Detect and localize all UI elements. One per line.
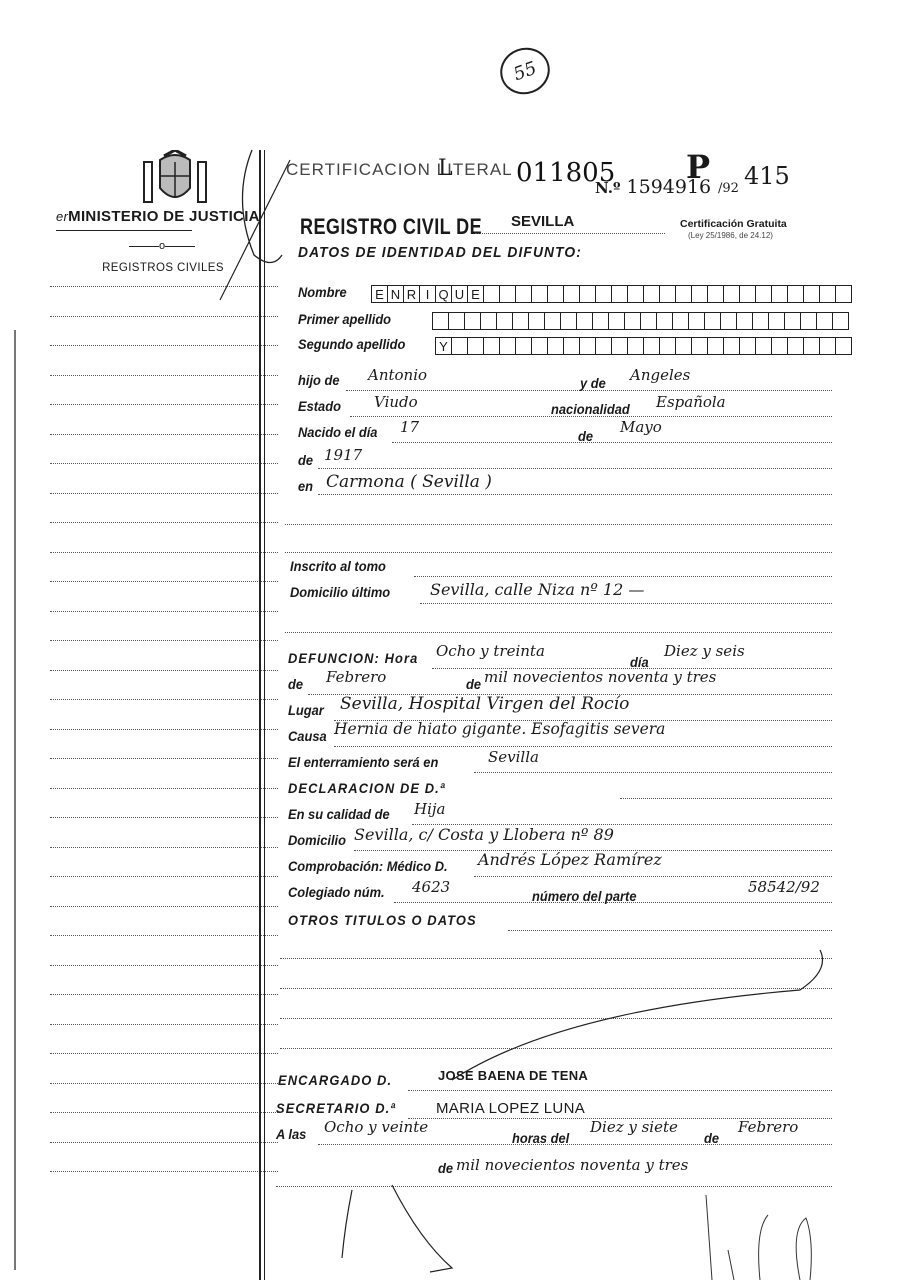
signature-strokes [0,0,906,1280]
